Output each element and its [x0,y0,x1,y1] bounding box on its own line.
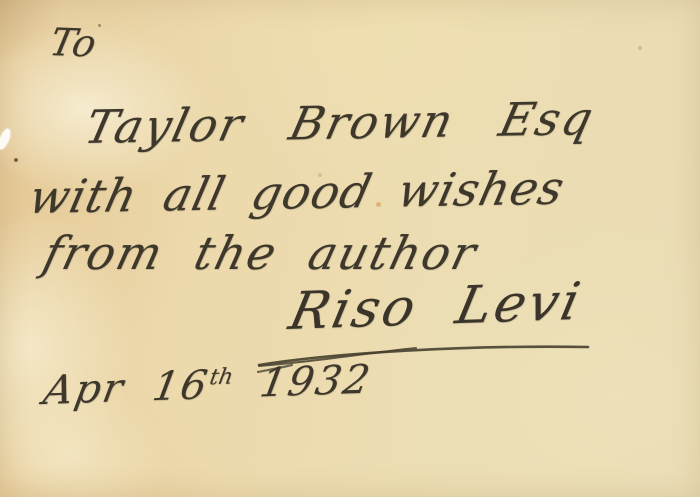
date-line: Apr 16th 1932 [40,357,375,414]
author-line: from the author [38,226,483,280]
paper-foxing-spot-1 [376,202,381,207]
paper-gray-speck [98,24,101,27]
paper-foxing-spot-2 [638,46,642,50]
signature: Riso Levi [284,272,588,342]
wishes-line: with all good wishes [24,161,570,224]
date-year: 1932 [256,357,375,407]
paper-ink-dot [14,158,18,162]
inscription-page: To Taylor Brown Esq with all good wishes… [0,0,700,497]
salutation-line: To [46,20,100,66]
paper-foxing-spot-3 [318,173,322,177]
date-day-month: Apr 16 [40,362,213,414]
paper-white-fleck [0,127,13,151]
recipient-line: Taylor Brown Esq [80,91,600,154]
date-ordinal: th [208,365,236,391]
